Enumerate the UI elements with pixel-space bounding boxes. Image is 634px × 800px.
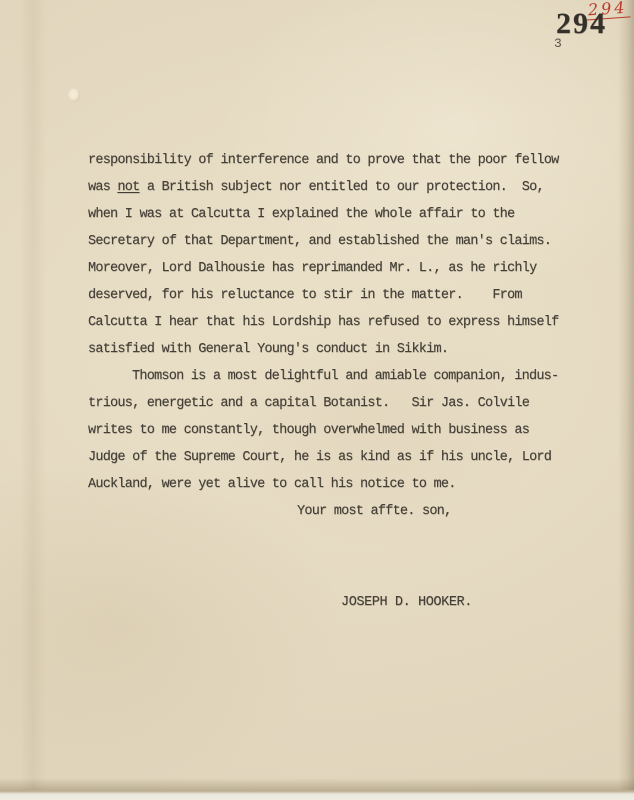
letter-line: responsibility of interference and to pr…: [88, 147, 574, 174]
letter-line: writes to me constantly, though overwhel…: [88, 417, 574, 444]
line-text: Judge of the Supreme Court, he is as kin…: [88, 450, 551, 465]
line-text: Auckland, were yet alive to call his not…: [88, 477, 456, 492]
line-text: responsibility of interference and to pr…: [88, 153, 558, 168]
paper-bottom-edge: [0, 791, 634, 800]
left-fold-shadow: [20, 0, 46, 790]
line-text: Secretary of that Department, and establ…: [88, 234, 551, 249]
printed-page-number: 294: [556, 9, 607, 39]
valediction: Your most affte. son,: [88, 498, 574, 525]
letter-line: Auckland, were yet alive to call his not…: [88, 471, 574, 498]
line-text: when I was at Calcutta I explained the w…: [88, 207, 514, 222]
typed-page-number: 3: [554, 37, 562, 51]
letter-line: deserved, for his reluctance to stir in …: [88, 282, 574, 309]
scanned-letter-page: 294 294 3 responsibility of interference…: [0, 0, 634, 800]
line-text: a British subject nor entitled to our pr…: [139, 180, 543, 195]
underlined-word: not: [117, 180, 139, 195]
letter-line: when I was at Calcutta I explained the w…: [88, 201, 574, 228]
letter-line: Secretary of that Department, and establ…: [88, 228, 574, 255]
paper-defect-spot: [68, 88, 80, 102]
signature: JOSEPH D. HOOKER.: [88, 589, 574, 616]
letter-line: trious, energetic and a capital Botanist…: [88, 390, 574, 417]
letter-line: satisfied with General Young's conduct i…: [88, 336, 574, 363]
right-edge-shadow: [618, 0, 634, 790]
line-text: Moreover, Lord Dalhousie has reprimanded…: [88, 261, 536, 276]
letter-line: Calcutta I hear that his Lordship has re…: [88, 309, 574, 336]
line-text: Thomson is a most delightful and amiable…: [132, 369, 558, 384]
line-text: satisfied with General Young's conduct i…: [88, 342, 448, 357]
line-text: writes to me constantly, though overwhel…: [88, 423, 529, 438]
letter-line: Thomson is a most delightful and amiable…: [88, 363, 574, 390]
line-text: Calcutta I hear that his Lordship has re…: [88, 315, 558, 330]
bottom-edge-shadow: [0, 778, 634, 791]
line-text: deserved, for his reluctance to stir in …: [88, 288, 522, 303]
line-text: trious, energetic and a capital Botanist…: [88, 396, 529, 411]
line-text: was: [88, 180, 117, 195]
letter-line: was not a British subject nor entitled t…: [88, 174, 574, 201]
letter-line: Moreover, Lord Dalhousie has reprimanded…: [88, 255, 574, 282]
letter-line: Judge of the Supreme Court, he is as kin…: [88, 444, 574, 471]
letter-body: responsibility of interference and to pr…: [88, 66, 574, 670]
